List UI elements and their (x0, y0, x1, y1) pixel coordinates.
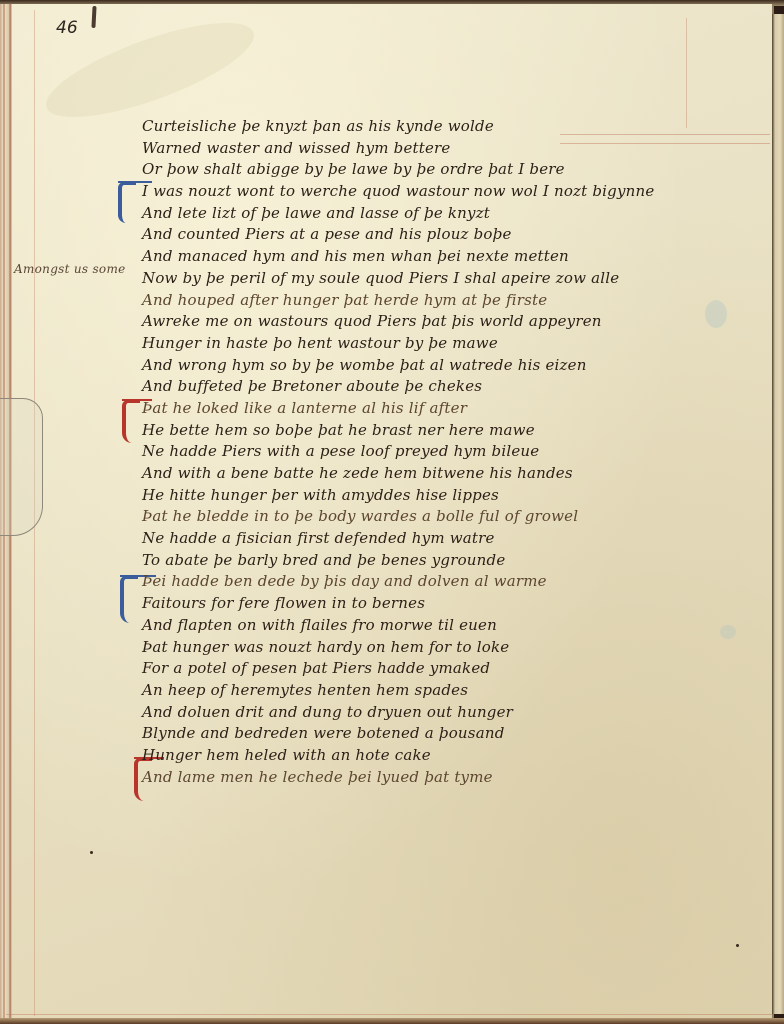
text-line: Hunger hem heled with an hote cake (142, 745, 782, 767)
book-clasp-strap (0, 398, 43, 536)
text-line: And houped after hunger þat herde hym at… (142, 290, 782, 312)
text-line: And with a bene batte he zede hem bitwen… (142, 463, 782, 485)
text-line: And wrong hym so by þe wombe þat al watr… (142, 355, 782, 377)
text-line: An heep of heremytes henten hem spades (142, 680, 782, 702)
folio-number: 46 (56, 18, 78, 38)
text-line: Or þow shalt abigge by þe lawe by þe ord… (142, 159, 782, 181)
text-line: Þat he loked like a lanterne al his lif … (142, 398, 782, 420)
manuscript-text-block: Curteisliche þe knyzt þan as his kynde w… (142, 116, 782, 788)
text-line: Þat hunger was nouzt hardy on hem for to… (142, 637, 782, 659)
text-line: And manaced hym and his men whan þei nex… (142, 246, 782, 268)
text-line: I was nouzt wont to werche quod wastour … (142, 181, 782, 203)
text-line: For a potel of pesen þat Piers hadde yma… (142, 658, 782, 680)
text-line: Awreke me on wastours quod Piers þat þis… (142, 311, 782, 333)
text-line: Now by þe peril of my soule quod Piers I… (142, 268, 782, 290)
text-line: Ne hadde Piers with a pese loof preyed h… (142, 441, 782, 463)
text-line: He hitte hunger þer with amyddes hise li… (142, 485, 782, 507)
text-line: And lame men he lechede þei lyued þat ty… (142, 767, 782, 789)
text-line: Ne hadde a fisician first defended hym w… (142, 528, 782, 550)
text-line: Curteisliche þe knyzt þan as his kynde w… (142, 116, 782, 138)
ruling-horizontal-bottom (6, 1014, 772, 1015)
initial-glyph (118, 182, 136, 223)
text-line: Þat he bledde in to þe body wardes a bol… (142, 506, 782, 528)
ink-speck (736, 944, 739, 947)
text-line: He bette hem so boþe þat he brast ner he… (142, 420, 782, 442)
text-line: And buffeted þe Bretoner aboute þe cheke… (142, 376, 782, 398)
text-line: Hunger in haste þo hent wastour by þe ma… (142, 333, 782, 355)
text-line: To abate þe barly bred and þe benes ygro… (142, 550, 782, 572)
text-line: Faitours for fere flowen in to bernes (142, 593, 782, 615)
text-line: And counted Piers at a pese and his plou… (142, 224, 782, 246)
decorated-initial-blue-2 (120, 576, 138, 623)
text-line: Blynde and bedreden were botened a þousa… (142, 723, 782, 745)
marginal-annotation: Amongst us some (14, 262, 126, 276)
text-line: Þei hadde ben dede by þis day and dolven… (142, 571, 782, 593)
ink-speck (90, 851, 93, 854)
text-line: Warned waster and wissed hym bettere (142, 138, 782, 160)
text-line: And doluen drit and dung to dryuen out h… (142, 702, 782, 724)
book-bottom-edge (0, 1018, 784, 1024)
text-line: And flapten on with flailes fro morwe ti… (142, 615, 782, 637)
ruling-vertical-right (686, 18, 687, 128)
decorated-initial-red (122, 400, 140, 443)
text-line: And lete lizt of þe lawe and lasse of þe… (142, 203, 782, 225)
